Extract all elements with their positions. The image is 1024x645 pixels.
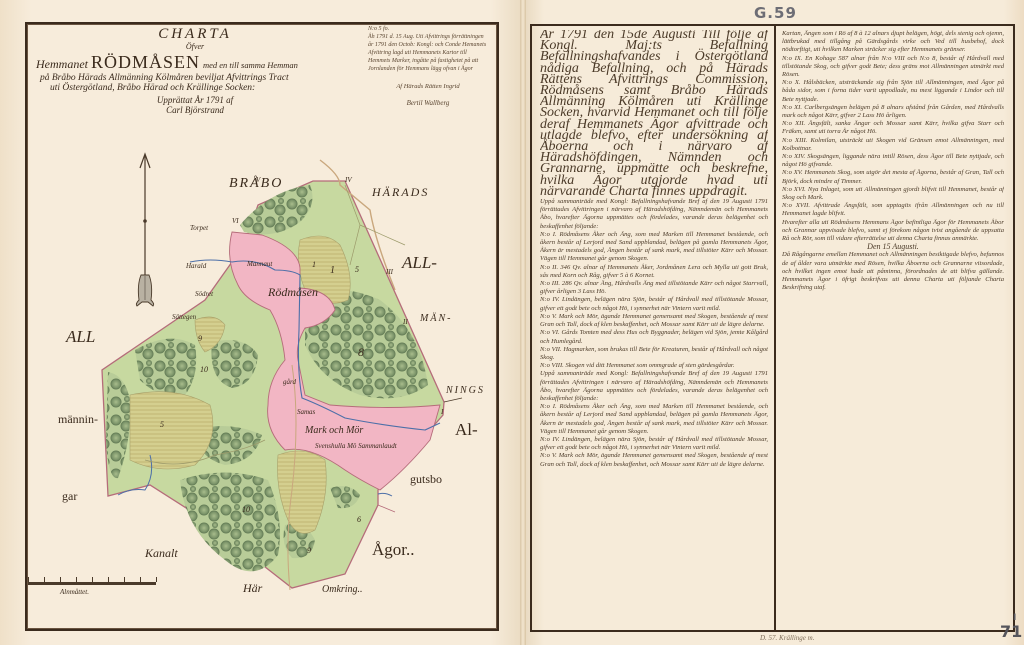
paragraph: År 1791 den 15de Augusti Till följe af K… bbox=[540, 30, 768, 198]
paragraph: N:o V. Mark och Mör, ägande Hemmanet gem… bbox=[540, 452, 768, 468]
label-mark-sub: Svenshulla Mö Sammanlaudt bbox=[315, 442, 397, 450]
boundary-line-east bbox=[444, 398, 462, 402]
label-all-east: ALL- bbox=[402, 253, 437, 273]
label-al-east: Al- bbox=[455, 420, 478, 440]
label-rodmasen-place: Rödmåsen bbox=[268, 285, 318, 300]
label-sattegen: Sättegen bbox=[172, 313, 196, 321]
paragraph: N:o II. 346 Qv. alnar af Hemmanets Åker,… bbox=[540, 264, 768, 280]
paragraph-text: År 1791 den 15de Augusti Till följe af K… bbox=[540, 30, 768, 199]
paragraph: Hvarefter alla uti Rödmåsens Hemmans Ägo… bbox=[782, 219, 1004, 244]
label-harads: HÄRADS bbox=[372, 185, 429, 200]
label-man-east: MÄN- bbox=[420, 313, 452, 324]
paragraph: N:o IV. Lindängen, belägen nära Sjön, be… bbox=[540, 296, 768, 312]
page-number: 71 bbox=[1000, 622, 1022, 641]
boundary-mark: V bbox=[256, 176, 260, 184]
stream-southeast bbox=[378, 493, 392, 496]
label-gard: gård bbox=[283, 378, 296, 386]
text-column-1: År 1791 den 15de Augusti Till följe af K… bbox=[540, 30, 768, 622]
label-mannaut: Mannaut bbox=[247, 260, 272, 268]
paragraph: N:o III. 286 Qv. alnar Äng, Hårdvalls Än… bbox=[540, 280, 768, 296]
boundary-mark: IV bbox=[345, 176, 352, 184]
field-west bbox=[130, 392, 213, 469]
boundary-line-se bbox=[378, 505, 395, 512]
parcel-number: 10 bbox=[242, 505, 250, 514]
paragraph: N:o XIII. Kolmilan, utsträckt uti Skogen… bbox=[782, 137, 1004, 153]
label-samas: Samas bbox=[297, 408, 315, 416]
archive-stamp: G.59 bbox=[754, 4, 797, 22]
paragraph: N:o I. Rödmåsens Åker och Äng, som med M… bbox=[540, 403, 768, 436]
label-gutsbo: gutsbo bbox=[410, 472, 442, 487]
paragraph: N:o XI. Carlbergsängen belägen på 8 alna… bbox=[782, 104, 1004, 120]
parcel-number: 9 bbox=[307, 546, 311, 555]
paragraph: N:o IX. En Kohage 587 alnar från N:o VII… bbox=[782, 55, 1004, 80]
label-gar-west: gar bbox=[62, 489, 77, 504]
paragraph: Kartan, Ängen som i Rö af 8 à 12 alnars … bbox=[782, 30, 1004, 55]
label-torpet: Torpet bbox=[190, 224, 208, 232]
paragraph: N:o I. Rödmåsens Åker och Äng, som med M… bbox=[540, 231, 768, 264]
parcel-number: 6 bbox=[357, 515, 361, 524]
label-har: Här bbox=[243, 581, 262, 596]
paragraph: Uppå sammanträde med Kongl: Befallningsh… bbox=[540, 198, 768, 231]
north-arrow-icon bbox=[136, 154, 153, 306]
scale-label: Alnmåttet. bbox=[60, 588, 89, 596]
archive-bottom-label: D. 57. Krällinge m. bbox=[760, 634, 814, 642]
paragraph: Uppå sammanträde med Kongl: Befallningsh… bbox=[540, 370, 768, 403]
paragraph: N:o IV. Lindängen, belägen nära Sjön, be… bbox=[540, 436, 768, 452]
paragraph: N:o XVII. Afvittrade Ängsfält, som uppta… bbox=[782, 202, 1004, 218]
label-harald: Harald bbox=[186, 262, 206, 270]
parcel-number: 1 bbox=[312, 260, 316, 269]
paragraph: Då Rågångarne emellan Hemmanet och Allmä… bbox=[782, 251, 1004, 292]
boundary-mark: VI bbox=[232, 217, 239, 225]
forest-south bbox=[180, 473, 280, 572]
label-mark-och-mor: Mark och Mör bbox=[305, 425, 363, 436]
parcel-number: 8 bbox=[358, 345, 364, 360]
paragraph: N:o XII. Ängsfält, sanka Ängar och Mossa… bbox=[782, 120, 1004, 136]
label-agor: Ågor.. bbox=[372, 540, 415, 560]
column-divider bbox=[774, 24, 776, 630]
parcel-number: 10 bbox=[200, 365, 208, 374]
text-column-2: Kartan, Ängen som i Rö af 8 à 12 alnars … bbox=[782, 30, 1004, 622]
label-all-west: ALL bbox=[66, 327, 95, 347]
scale-bar bbox=[28, 582, 156, 585]
paragraph: N:o XIV. Skogsängen, liggande nära intil… bbox=[782, 153, 1004, 169]
paragraph: N:o XV. Hemmanets Skog, som utgör det me… bbox=[782, 169, 1004, 185]
label-manning-west: männin- bbox=[58, 412, 98, 427]
boundary-mark: I bbox=[441, 408, 443, 416]
label-omkring: Omkring.. bbox=[322, 584, 363, 595]
label-kanalt: Kanalt bbox=[145, 546, 178, 561]
paragraph: N:o X. Hålsbäcken, utsträckande sig från… bbox=[782, 79, 1004, 104]
parcel-number: 9 bbox=[198, 334, 202, 343]
label-sodret: Södret bbox=[195, 290, 213, 298]
date-heading: Den 15 Augusti. bbox=[782, 243, 1004, 251]
parcel-number: 5 bbox=[160, 420, 164, 429]
boundary-mark: II bbox=[403, 318, 408, 326]
paragraph: N:o VI. Gårds Tomten med dess Hus och By… bbox=[540, 329, 768, 345]
parcel-number: 5 bbox=[355, 265, 359, 274]
boundary-mark: III bbox=[386, 268, 393, 276]
paragraph: N:o XVI. Nya Inlaget, som uti Allmänning… bbox=[782, 186, 1004, 202]
paragraph: N:o V. Mark och Mör, ägande Hemmanet gem… bbox=[540, 313, 768, 329]
paragraph: N:o VIII. Skogen vid ditt Hemmanet som o… bbox=[540, 362, 768, 370]
parcel-number: 1 bbox=[330, 265, 335, 276]
paragraph: N:o VII. Hagmarken, som brukas till Bete… bbox=[540, 346, 768, 362]
label-nings-east: NINGS bbox=[446, 385, 485, 396]
